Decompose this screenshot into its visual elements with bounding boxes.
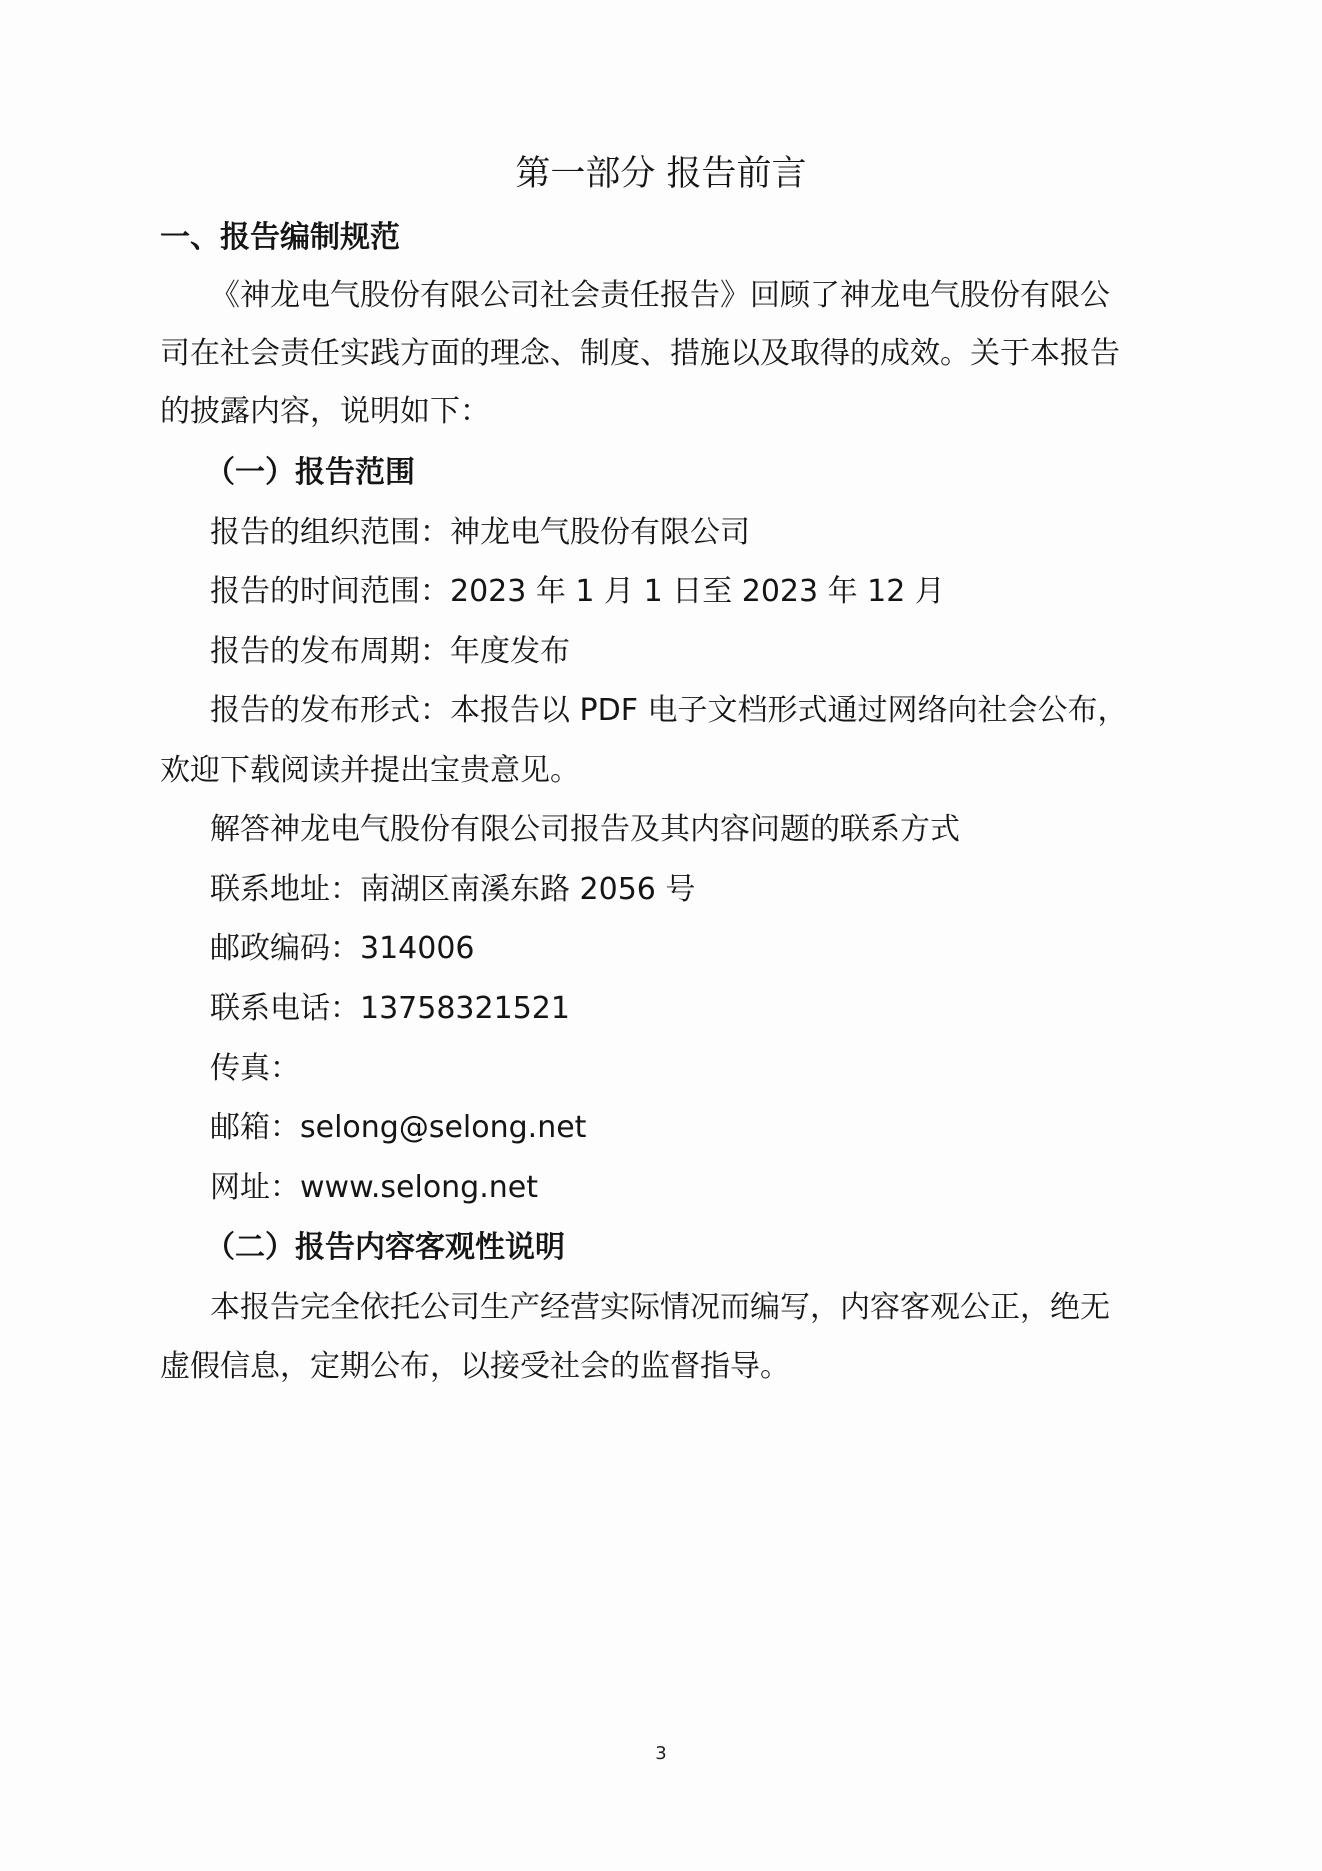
- contact-address-label: 联系地址：: [210, 872, 360, 907]
- scope-publish-format-cont: 欢迎下载阅读并提出宝贵意见。: [160, 751, 580, 791]
- objectivity-line-1: 本报告完全依托公司生产经营实际情况而编写，内容客观公正，绝无: [210, 1288, 1110, 1328]
- page-number: 3: [0, 1742, 1322, 1766]
- section-heading-report-standards: 一、报告编制规范: [160, 218, 400, 258]
- contact-phone-value: 13758321521: [360, 991, 570, 1026]
- contact-email-label: 邮箱：: [210, 1110, 300, 1145]
- contact-address-value: 南湖区南溪东路 2056 号: [360, 872, 695, 907]
- contact-address: 联系地址：南湖区南溪东路 2056 号: [210, 870, 695, 910]
- contact-postcode-value: 314006: [360, 931, 475, 966]
- scope-publish-cycle: 报告的发布周期：年度发布: [210, 632, 570, 672]
- contact-fax-label: 传真：: [210, 1051, 300, 1086]
- document-page: 第一部分 报告前言 一、报告编制规范 《神龙电气股份有限公司社会责任报告》回顾了…: [0, 0, 1322, 1871]
- contact-website: 网址：www.selong.net: [210, 1168, 538, 1208]
- contact-email-value: selong@selong.net: [300, 1110, 586, 1145]
- contact-fax: 传真：: [210, 1049, 300, 1089]
- contact-intro: 解答神龙电气股份有限公司报告及其内容问题的联系方式: [210, 810, 960, 850]
- intro-line-1: 《神龙电气股份有限公司社会责任报告》回顾了神龙电气股份有限公: [210, 276, 1110, 316]
- contact-postcode: 邮政编码：314006: [210, 929, 475, 969]
- intro-line-3: 的披露内容，说明如下：: [160, 392, 490, 432]
- scope-publish-format: 报告的发布形式：本报告以 PDF 电子文档形式通过网络向社会公布，: [210, 691, 1128, 731]
- contact-phone: 联系电话：13758321521: [210, 989, 570, 1029]
- contact-email: 邮箱：selong@selong.net: [210, 1108, 586, 1148]
- contact-postcode-label: 邮政编码：: [210, 931, 360, 966]
- intro-line-2: 司在社会责任实践方面的理念、制度、措施以及取得的成效。关于本报告: [160, 334, 1120, 374]
- objectivity-line-2: 虚假信息，定期公布，以接受社会的监督指导。: [160, 1347, 790, 1387]
- part-title: 第一部分 报告前言: [0, 152, 1322, 196]
- scope-organization: 报告的组织范围：神龙电气股份有限公司: [210, 513, 750, 553]
- contact-phone-label: 联系电话：: [210, 991, 360, 1026]
- subsection-heading-report-scope: （一）报告范围: [205, 453, 415, 493]
- subsection-heading-objectivity: （二）报告内容客观性说明: [205, 1228, 565, 1268]
- contact-website-value: www.selong.net: [300, 1170, 538, 1205]
- contact-website-label: 网址：: [210, 1170, 300, 1205]
- scope-time-range: 报告的时间范围：2023 年 1 月 1 日至 2023 年 12 月: [210, 572, 945, 612]
